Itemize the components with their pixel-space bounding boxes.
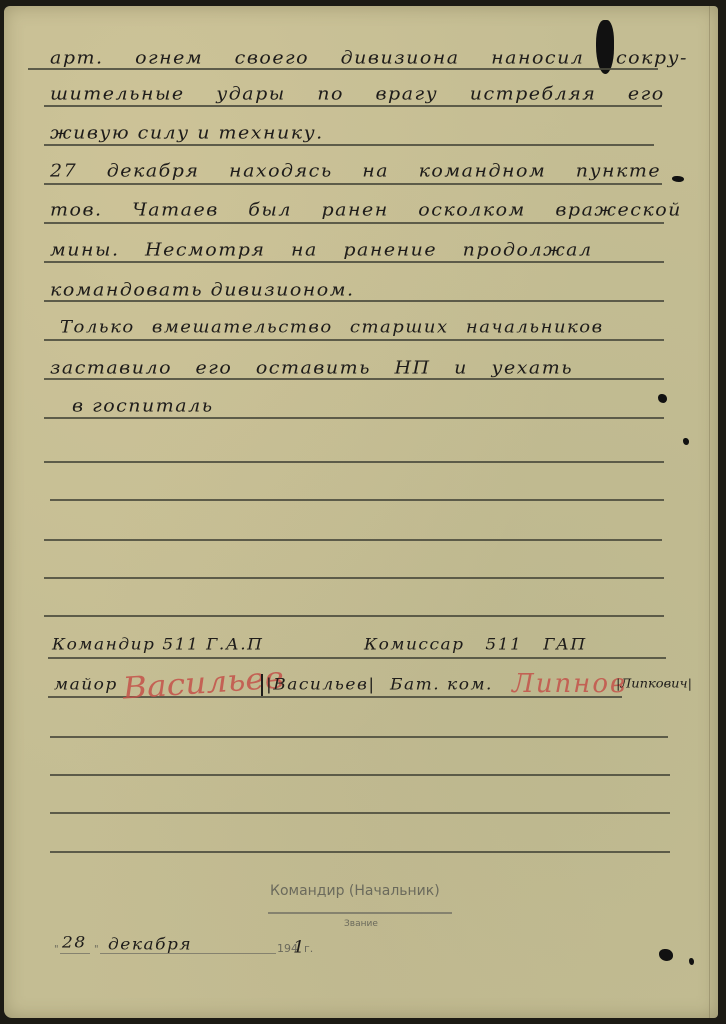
narrative-line-9: заставило его оставить НП и уехать bbox=[50, 358, 573, 378]
date-day: 28 bbox=[62, 934, 87, 952]
form-line-empty bbox=[44, 539, 662, 541]
narrative-line-4: 27 декабря находясь на командном пункте bbox=[50, 161, 661, 181]
printed-commander-label: Командир (Начальник) bbox=[270, 883, 440, 899]
paper-hole-right-3 bbox=[683, 438, 689, 445]
page-edge bbox=[709, 6, 710, 1018]
paper-hole-bottom-1 bbox=[659, 949, 673, 961]
form-line-empty bbox=[50, 812, 670, 814]
form-line bbox=[44, 378, 664, 380]
form-line bbox=[44, 339, 664, 341]
narrative-line-8: Только вмешательство старших начальников bbox=[60, 318, 604, 337]
date-day-line bbox=[60, 953, 90, 954]
narrative-line-10: в госпиталь bbox=[72, 396, 214, 416]
form-line bbox=[44, 261, 664, 263]
commander-name: |Васильев| bbox=[266, 676, 376, 694]
form-line-empty bbox=[50, 736, 668, 738]
narrative-line-6: мины. Несмотря на ранение продолжал bbox=[50, 240, 593, 260]
form-line bbox=[44, 417, 664, 419]
form-line bbox=[44, 144, 654, 146]
commissar-rank: Бат. ком. bbox=[390, 676, 493, 694]
form-line bbox=[44, 300, 664, 302]
date-quote-close: " bbox=[94, 944, 99, 955]
form-line-empty bbox=[44, 461, 664, 463]
date-month: декабря bbox=[108, 936, 192, 954]
commissar-signature: Липнов bbox=[512, 669, 627, 699]
rank-line bbox=[268, 912, 452, 914]
narrative-line-2: шительные удары по врагу истребляя его bbox=[50, 84, 665, 104]
form-line-empty bbox=[50, 499, 664, 501]
narrative-line-3: живую силу и технику. bbox=[50, 123, 324, 143]
year-unit: г. bbox=[304, 942, 313, 955]
form-line-empty bbox=[44, 615, 664, 617]
document-page: арт. огнем своего дивизиона наносил сокр… bbox=[4, 6, 718, 1018]
paper-hole-right-1 bbox=[672, 176, 684, 182]
signature-line-titles bbox=[48, 657, 666, 659]
date-quote-open: " bbox=[54, 944, 59, 955]
rank-caption: Звание bbox=[344, 919, 378, 929]
date-month-line bbox=[100, 953, 276, 954]
narrative-line-7: командовать дивизионом. bbox=[50, 280, 355, 300]
commander-rank: майор bbox=[54, 676, 118, 694]
name-bracket bbox=[261, 674, 263, 696]
form-line bbox=[28, 68, 658, 70]
form-line-empty bbox=[50, 851, 670, 853]
form-line-empty bbox=[44, 577, 664, 579]
narrative-line-5: тов. Чатаев был ранен осколком вражеской bbox=[50, 200, 682, 220]
form-line bbox=[44, 105, 662, 107]
narrative-line-1: арт. огнем своего дивизиона наносил сокр… bbox=[50, 48, 688, 68]
commissar-title: Комиссар 511 ГАП bbox=[364, 636, 587, 654]
form-line bbox=[44, 222, 664, 224]
form-line bbox=[44, 183, 662, 185]
paper-hole-bottom-2 bbox=[689, 958, 694, 965]
paper-hole-right-2 bbox=[658, 394, 667, 403]
form-line-empty bbox=[50, 774, 670, 776]
commissar-name: |Липкович| bbox=[616, 677, 692, 691]
commander-title: Командир 511 Г.А.П bbox=[52, 636, 263, 654]
